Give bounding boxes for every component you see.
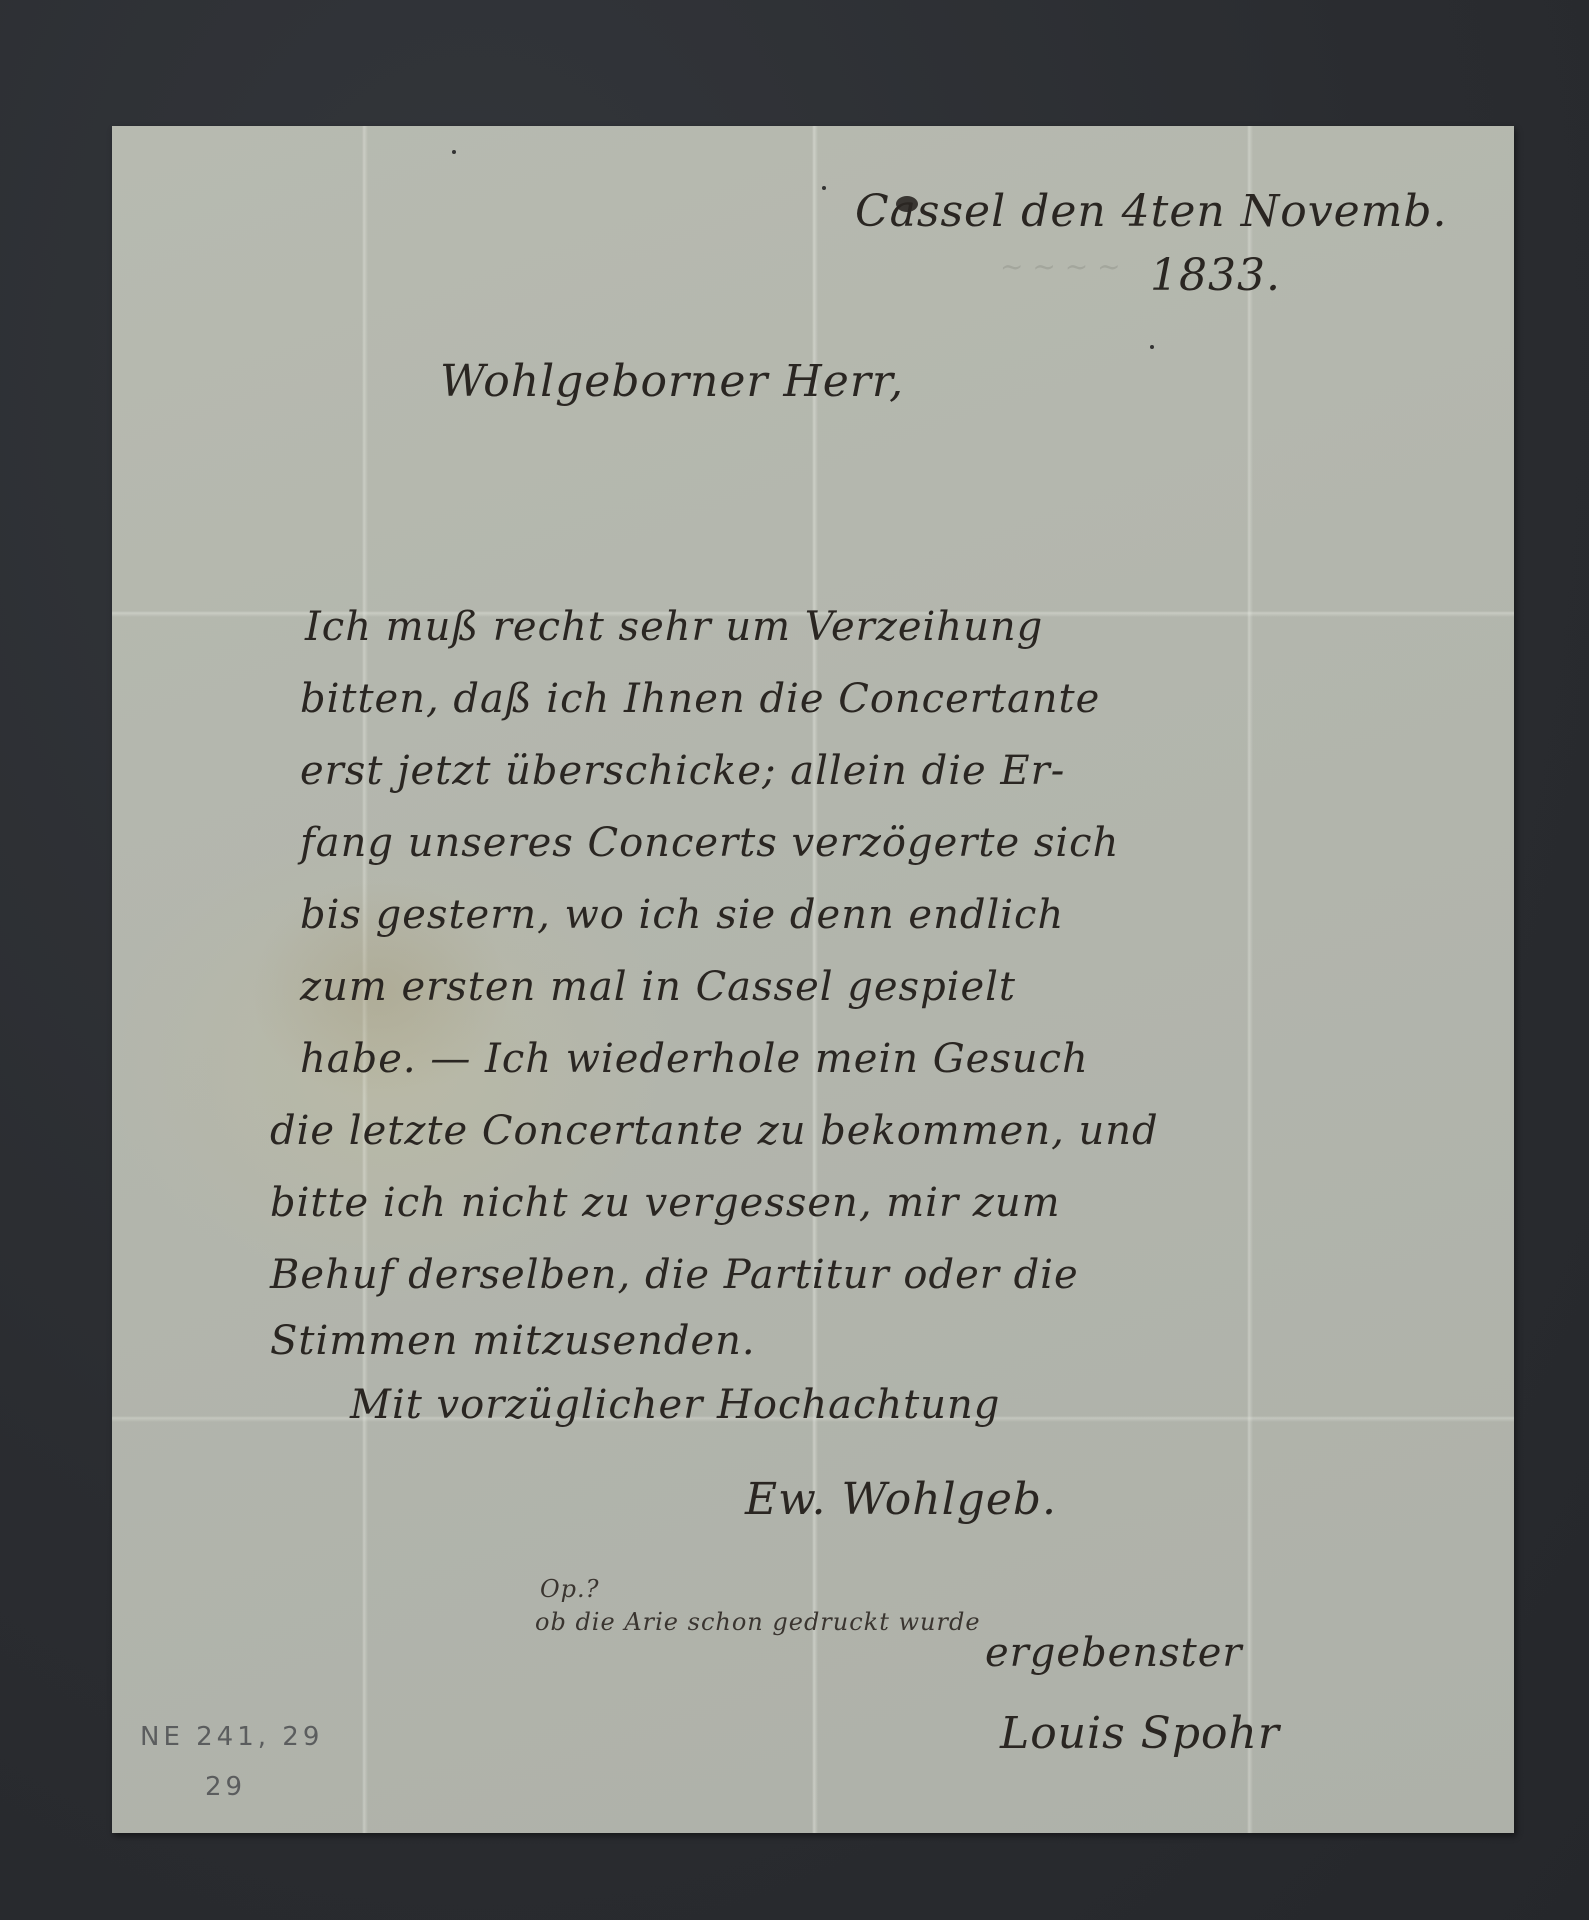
year: 1833.: [1150, 250, 1281, 301]
body-line: bitten, daß ich Ihnen die Concertante: [300, 676, 1100, 722]
ink-speck: [452, 150, 456, 154]
annotation-note: ob die Arie schon gedruckt wurde: [535, 1608, 981, 1636]
body-line: Ich muß recht sehr um Verzeihung: [305, 604, 1043, 650]
closing-adjective: ergebenster: [985, 1630, 1243, 1676]
body-line: habe. — Ich wiederhole mein Gesuch: [300, 1036, 1089, 1082]
closing-phrase: Mit vorzüglicher Hochachtung: [350, 1382, 1000, 1428]
body-line: fang unseres Concerts verzögerte sich: [300, 820, 1119, 866]
annotation-op: Op.?: [540, 1575, 600, 1603]
body-line: bis gestern, wo ich sie denn endlich: [300, 892, 1064, 938]
ink-speck: [822, 186, 826, 190]
archive-folio: 29: [205, 1772, 246, 1802]
closing-address: Ew. Wohlgeb.: [745, 1474, 1057, 1525]
salutation: Wohlgeborner Herr,: [440, 356, 904, 407]
body-line: zum ersten mal in Cassel gespielt: [300, 964, 1016, 1010]
body-line: erst jetzt überschicke; allein die Er-: [300, 748, 1065, 794]
place-date: Cassel den 4ten Novemb.: [855, 186, 1448, 237]
signature: Louis Spohr: [1000, 1708, 1280, 1759]
body-line: Stimmen mitzusenden.: [270, 1318, 756, 1364]
body-line: bitte ich nicht zu vergessen, mir zum: [270, 1180, 1061, 1226]
body-line: die letzte Concertante zu bekommen, und: [270, 1108, 1159, 1154]
body-line: Behuf derselben, die Partitur oder die: [270, 1252, 1079, 1298]
faint-show-through-stamp: ~ ~ ~ ~: [1000, 250, 1121, 283]
ink-speck: [1150, 345, 1154, 349]
archive-shelfmark: NE 241, 29: [140, 1722, 323, 1752]
